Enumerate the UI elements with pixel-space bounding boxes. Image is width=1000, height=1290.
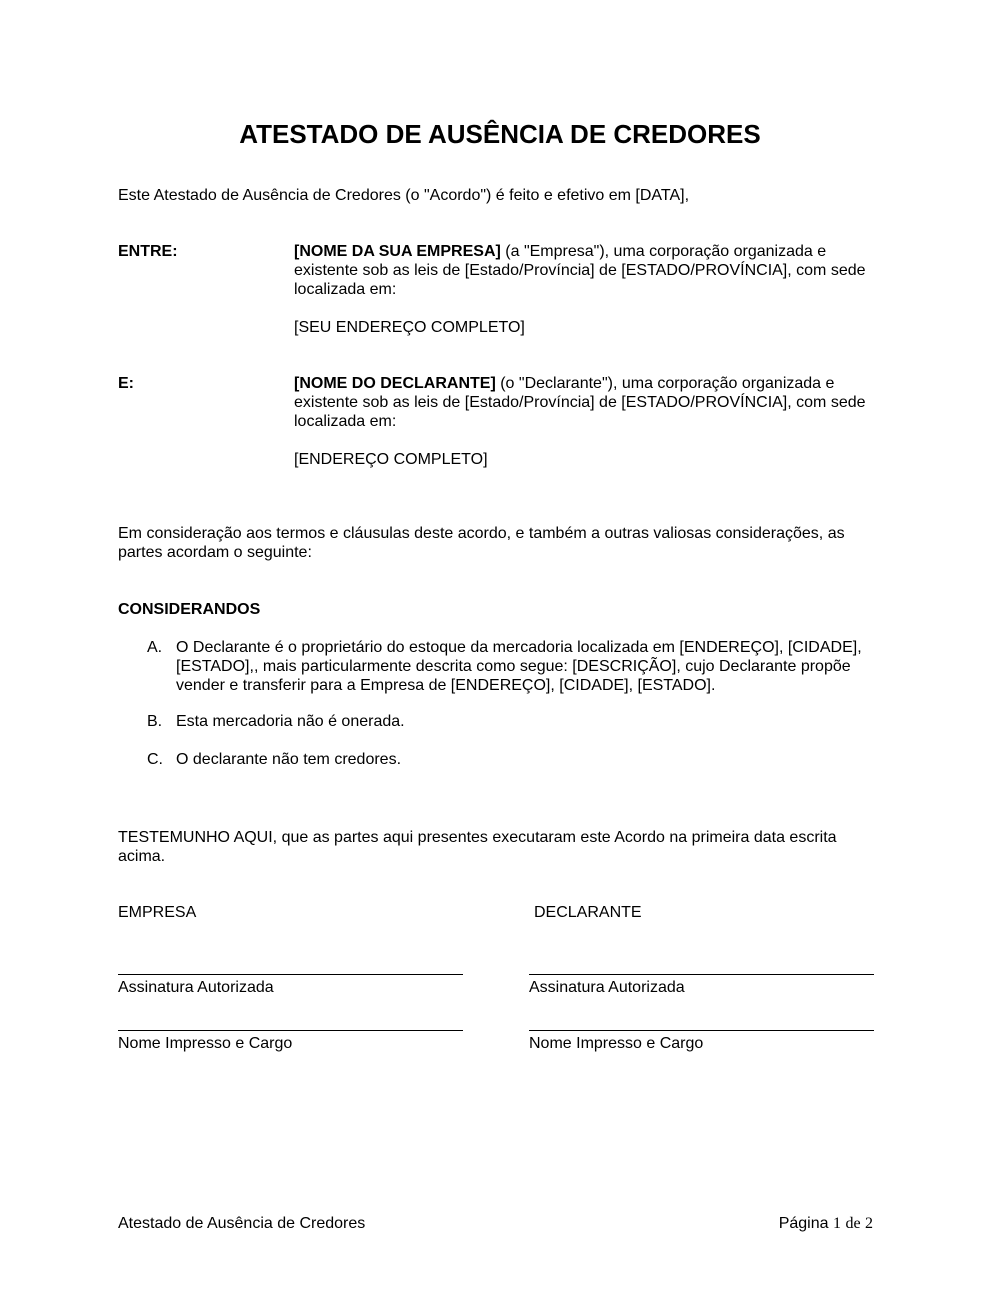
party-address-empresa: [SEU ENDEREÇO COMPLETO]: [294, 318, 894, 337]
recital-letter-c: C.: [147, 750, 163, 769]
signature-header-empresa: EMPRESA: [118, 903, 196, 922]
signature-caption-declarante: Assinatura Autorizada: [529, 978, 685, 997]
party-name-declarante: [NOME DO DECLARANTE]: [294, 375, 496, 392]
recital-text-c: O declarante não tem credores.: [176, 750, 896, 769]
signature-header-declarante: DECLARANTE: [534, 903, 642, 922]
recital-letter-a: A.: [147, 638, 162, 657]
footer-page-current: 1: [833, 1215, 841, 1232]
footer-page-label: Página: [779, 1215, 829, 1232]
party-address-declarante: [ENDEREÇO COMPLETO]: [294, 450, 894, 469]
recital-text-a: O Declarante é o proprietário do estoque…: [176, 638, 896, 695]
witness-paragraph: TESTEMUNHO AQUI, que as partes aqui pres…: [118, 828, 878, 866]
recital-text-b: Esta mercadoria não é onerada.: [176, 712, 896, 731]
footer-document-name: Atestado de Ausência de Credores: [118, 1214, 365, 1233]
party-label-entre: ENTRE:: [118, 242, 178, 261]
party-description-empresa: [NOME DA SUA EMPRESA] (a "Empresa"), uma…: [294, 242, 894, 299]
party-label-e: E:: [118, 374, 134, 393]
name-line-empresa: [118, 1030, 463, 1031]
name-line-declarante: [529, 1030, 874, 1031]
party-description-declarante: [NOME DO DECLARANTE] (o "Declarante"), u…: [294, 374, 894, 431]
footer-page-total: 2: [865, 1215, 873, 1232]
name-caption-empresa: Nome Impresso e Cargo: [118, 1034, 292, 1053]
footer-page-number: Página 1 de 2: [779, 1214, 873, 1233]
footer-page-of: de: [845, 1215, 860, 1232]
signature-caption-empresa: Assinatura Autorizada: [118, 978, 274, 997]
name-caption-declarante: Nome Impresso e Cargo: [529, 1034, 703, 1053]
consideration-paragraph: Em consideração aos termos e cláusulas d…: [118, 524, 878, 562]
intro-paragraph: Este Atestado de Ausência de Credores (o…: [118, 186, 888, 205]
party-name-empresa: [NOME DA SUA EMPRESA]: [294, 243, 501, 260]
signature-line-empresa: [118, 974, 463, 975]
document-title: ATESTADO DE AUSÊNCIA DE CREDORES: [0, 119, 1000, 149]
signature-line-declarante: [529, 974, 874, 975]
recital-letter-b: B.: [147, 712, 162, 731]
recitals-heading: CONSIDERANDOS: [118, 600, 260, 619]
